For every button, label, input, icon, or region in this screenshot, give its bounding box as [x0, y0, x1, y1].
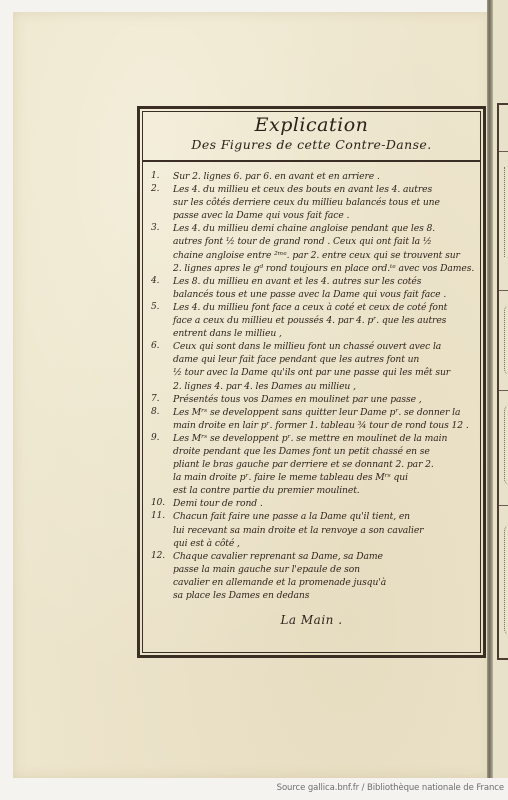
adjacent-page-edge — [493, 0, 508, 778]
entry-line: autres font ½ tour de grand rond . Ceux … — [173, 235, 472, 248]
entry-line: lui recevant sa main droite et la renvoy… — [173, 524, 472, 537]
figure-entry: 5.Les 4. du millieu font face a ceux à c… — [151, 301, 472, 340]
entry-line: Les 4. du millieu et ceux des bouts en a… — [173, 183, 472, 196]
adjacent-frame-divider — [499, 290, 508, 291]
figure-entry: 8.Les Mʳˢ se developpent sans quitter le… — [151, 406, 472, 432]
document-viewer: Explication Des Figures de cette Contre-… — [0, 0, 508, 800]
entry-line: face a ceux du millieu et poussés 4. par… — [173, 314, 472, 327]
entry-number: 8. — [151, 406, 171, 419]
entry-number: 4. — [151, 275, 171, 288]
figures-explanation-list: 1.Sur 2. lignes 6. par 6. en avant et en… — [143, 164, 480, 652]
adjacent-frame-divider — [499, 505, 508, 506]
entry-line: Les 4. du millieu demi chaine angloise p… — [173, 222, 472, 235]
dance-figure-sketch — [504, 167, 508, 257]
dance-figure-sketch — [504, 405, 508, 485]
closing-caption: La Main . — [151, 612, 472, 628]
entry-line: chaine angloise entre ²ᵐᵉ. par 2. entre … — [173, 249, 472, 262]
entry-line: droite pendant que les Dames font un pet… — [173, 445, 472, 458]
figure-entry: 7.Présentés tous vos Dames en moulinet p… — [151, 393, 472, 406]
entry-line: Les 4. du millieu font face a ceux à cot… — [173, 301, 472, 314]
figure-entry: 11.Chacun fait faire une passe a la Dame… — [151, 510, 472, 549]
entry-number: 3. — [151, 222, 171, 235]
figure-entry: 1.Sur 2. lignes 6. par 6. en avant et en… — [151, 170, 472, 183]
entry-line: ½ tour avec la Dame qu'ils ont par une p… — [173, 366, 472, 379]
page-subtitle: Des Figures de cette Contre-Danse. — [143, 136, 480, 154]
entry-line: passe avec la Dame qui vous fait face . — [173, 209, 472, 222]
page-title: Explication — [143, 112, 480, 136]
entry-number: 9. — [151, 432, 171, 445]
figure-entry: 10.Demi tour de rond . — [151, 497, 472, 510]
entry-number: 1. — [151, 170, 171, 183]
engraved-frame: Explication Des Figures de cette Contre-… — [137, 106, 486, 658]
figure-entry: 12.Chaque cavalier reprenant sa Dame, sa… — [151, 550, 472, 602]
figure-entry: 9.Les Mʳˢ se developpent pʳ. se mettre e… — [151, 432, 472, 497]
entry-line: qui est à côté , — [173, 537, 472, 550]
entry-number: 6. — [151, 340, 171, 353]
entry-line: dame qui leur fait face pendant que les … — [173, 353, 472, 366]
entry-line: Les Mʳˢ se developpent sans quitter leur… — [173, 406, 472, 419]
entry-number: 7. — [151, 393, 171, 406]
adjacent-page-frame — [497, 103, 508, 660]
entry-line: cavalier en allemande et la promenade ju… — [173, 576, 472, 589]
entry-line: Présentés tous vos Dames en moulinet par… — [173, 393, 472, 406]
entry-line: main droite en lair pʳ. former 1. tablea… — [173, 419, 472, 432]
entry-line: Les 8. du millieu en avant et les 4. aut… — [173, 275, 472, 288]
figure-entry: 2.Les 4. du millieu et ceux des bouts en… — [151, 183, 472, 222]
entry-number: 5. — [151, 301, 171, 314]
entry-number: 11. — [151, 510, 171, 523]
inner-frame-border: Explication Des Figures de cette Contre-… — [142, 111, 481, 653]
figure-entry: 4.Les 8. du millieu en avant et les 4. a… — [151, 275, 472, 301]
entry-line: la main droite pʳ. faire le meme tableau… — [173, 471, 472, 484]
figure-entry: 3.Les 4. du millieu demi chaine angloise… — [151, 222, 472, 274]
entry-number: 2. — [151, 183, 171, 196]
entry-line: Sur 2. lignes 6. par 6. en avant et en a… — [173, 170, 472, 183]
entry-number: 12. — [151, 550, 171, 563]
adjacent-frame-divider — [499, 390, 508, 391]
adjacent-frame-divider — [499, 151, 508, 152]
figure-entry: 6.Ceux qui sont dans le millieu font un … — [151, 340, 472, 392]
entry-line: Chaque cavalier reprenant sa Dame, sa Da… — [173, 550, 472, 563]
dance-figure-sketch — [504, 525, 508, 635]
entry-line: 2. lignes apres le gᵈ rond toujours en p… — [173, 262, 472, 275]
dance-figure-sketch — [504, 305, 508, 375]
entry-line: pliant le bras gauche par derriere et se… — [173, 458, 472, 471]
title-block: Explication Des Figures de cette Contre-… — [143, 112, 480, 162]
entry-line: Les Mʳˢ se developpent pʳ. se mettre en … — [173, 432, 472, 445]
entry-line: Chacun fait faire une passe a la Dame qu… — [173, 510, 472, 523]
entry-line: 2. lignes 4. par 4. les Dames au millieu… — [173, 380, 472, 393]
entry-line: passe la main gauche sur l'epaule de son — [173, 563, 472, 576]
scanned-page: Explication Des Figures de cette Contre-… — [13, 12, 491, 778]
entry-line: balancés tous et une passe avec la Dame … — [173, 288, 472, 301]
entry-line: sa place les Dames en dedans — [173, 589, 472, 602]
entry-number: 10. — [151, 497, 171, 510]
entry-line: Demi tour de rond . — [173, 497, 472, 510]
entry-line: entrent dans le millieu , — [173, 327, 472, 340]
entry-line: est la contre partie du premier moulinet… — [173, 484, 472, 497]
entry-line: Ceux qui sont dans le millieu font un ch… — [173, 340, 472, 353]
entry-line: sur les côtés derriere ceux du millieu b… — [173, 196, 472, 209]
source-attribution: Source gallica.bnf.fr / Bibliothèque nat… — [277, 783, 504, 793]
